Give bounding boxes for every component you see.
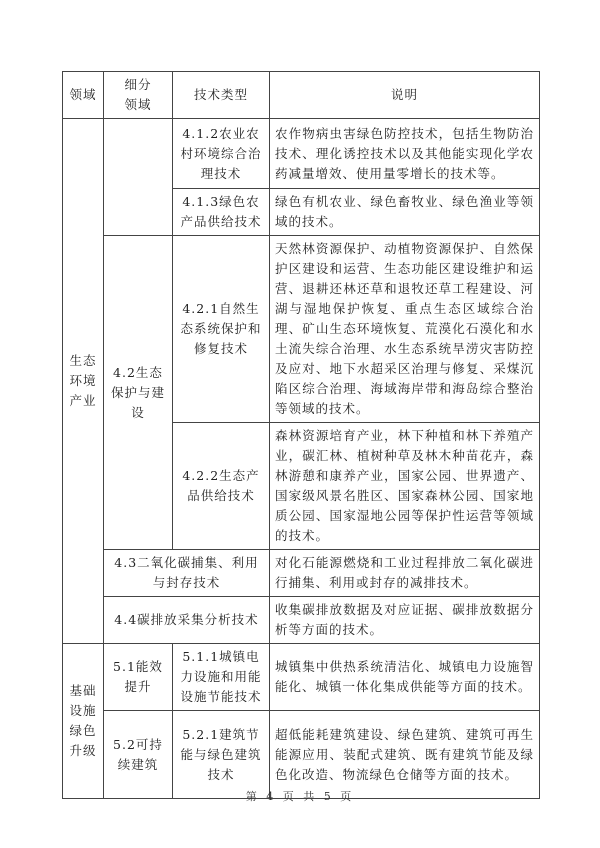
tech-cell: 4.1.2农业农村环境综合治理技术 <box>173 119 270 189</box>
header-subfield: 细分领域 <box>104 72 173 119</box>
subfield-cell <box>104 119 173 236</box>
subfield-tech-merged-cell: 4.4碳排放采集分析技术 <box>104 597 270 644</box>
table-row: 4.4碳排放采集分析技术 收集碳排放数据及对应证据、碳排放数据分析等方面的技术。 <box>63 597 540 644</box>
table-row: 4.2生态保护与建设 4.2.1自然生态系统保护和修复技术 天然林资源保护、动植… <box>63 236 540 423</box>
table-row: 生态环境产业 4.1.2农业农村环境综合治理技术 农作物病虫害绿色防控技术，包括… <box>63 119 540 189</box>
header-subfield-line1: 细分 <box>124 77 151 92</box>
description-cell: 绿色有机农业、绿色畜牧业、绿色渔业等领域的技术。 <box>270 189 540 236</box>
table-row: 4.3二氧化碳捕集、利用与封存技术 对化石能源燃烧和工业过程排放二氧化碳进行捕集… <box>63 550 540 597</box>
table-row: 基础设施绿色升级 5.1能效提升 5.1.1城镇电力设施和用能设施节能技术 城镇… <box>63 644 540 711</box>
description-cell: 天然林资源保护、动植物资源保护、自然保护区建设和运营、生态功能区建设维护和运营、… <box>270 236 540 423</box>
header-domain: 领域 <box>63 72 104 119</box>
tech-cell: 4.2.2生态产品供给技术 <box>173 423 270 550</box>
domain-cell: 生态环境产业 <box>63 119 104 644</box>
page-number: 第 4 页 共 5 页 <box>0 788 600 804</box>
description-cell: 对化石能源燃烧和工业过程排放二氧化碳进行捕集、利用或封存的减排技术。 <box>270 550 540 597</box>
subfield-cell: 5.1能效提升 <box>104 644 173 711</box>
description-cell: 收集碳排放数据及对应证据、碳排放数据分析等方面的技术。 <box>270 597 540 644</box>
table-header-row: 领域 细分领域 技术类型 说明 <box>63 72 540 119</box>
header-description: 说明 <box>270 72 540 119</box>
table-row: 5.2可持续建筑 5.2.1建筑节能与绿色建筑技术 超低能耗建筑建设、绿色建筑、… <box>63 711 540 799</box>
description-cell: 农作物病虫害绿色防控技术，包括生物防治技术、理化诱控技术以及其他能实现化学农药减… <box>270 119 540 189</box>
subfield-cell: 4.2生态保护与建设 <box>104 236 173 550</box>
domain-cell: 基础设施绿色升级 <box>63 644 104 799</box>
tech-cell: 5.1.1城镇电力设施和用能设施节能技术 <box>173 644 270 711</box>
tech-cell: 5.2.1建筑节能与绿色建筑技术 <box>173 711 270 799</box>
subfield-tech-merged-cell: 4.3二氧化碳捕集、利用与封存技术 <box>104 550 270 597</box>
description-cell: 超低能耗建筑建设、绿色建筑、建筑可再生能源应用、装配式建筑、既有建筑节能及绿色化… <box>270 711 540 799</box>
description-cell: 森林资源培育产业，林下种植和林下养殖产业，碳汇林、植树种草及林木种苗花卉，森林游… <box>270 423 540 550</box>
header-tech-type: 技术类型 <box>173 72 270 119</box>
header-subfield-line2: 领域 <box>124 97 151 112</box>
description-cell: 城镇集中供热系统清洁化、城镇电力设施智能化、城镇一体化集成供能等方面的技术。 <box>270 644 540 711</box>
subfield-cell: 5.2可持续建筑 <box>104 711 173 799</box>
technology-table: 领域 细分领域 技术类型 说明 生态环境产业 4.1.2农业农村环境综合治理技术… <box>62 71 540 799</box>
tech-cell: 4.1.3绿色农产品供给技术 <box>173 189 270 236</box>
tech-cell: 4.2.1自然生态系统保护和修复技术 <box>173 236 270 423</box>
